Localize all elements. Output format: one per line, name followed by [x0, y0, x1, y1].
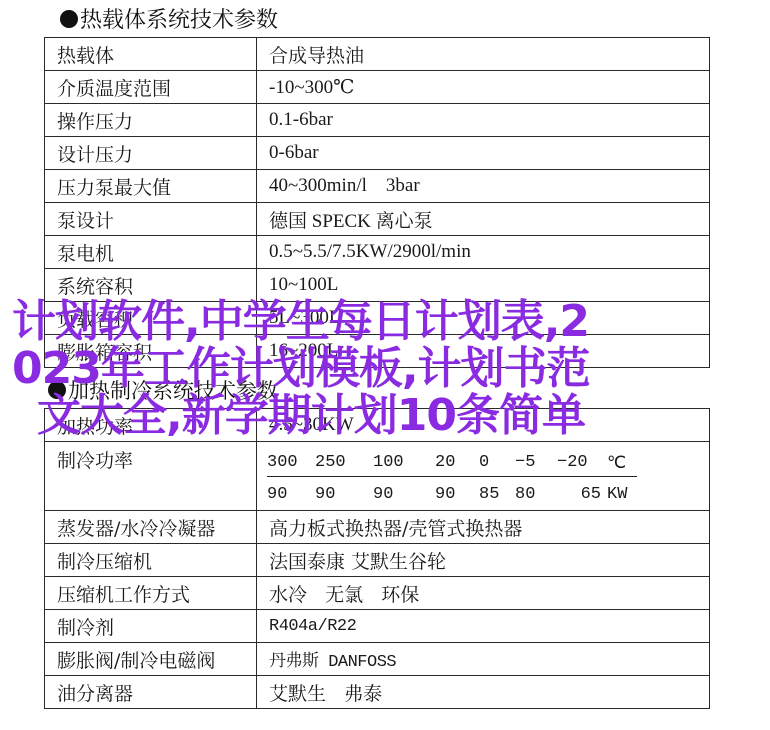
param-value: 40~300min/l 3bar [257, 170, 710, 203]
param-label: 泵电机 [45, 236, 257, 269]
table-row-cooling-power: 制冷功率 300 250 100 20 0 −5 −20 ℃ 90 90 90 … [45, 442, 710, 511]
param-value: 5L~300L [257, 302, 710, 335]
param-label: 制冷功率 [45, 442, 257, 511]
section-title-heat-carrier: 热载体系统技术参数 [60, 8, 278, 34]
power-value: 80 [515, 485, 557, 504]
param-label: 压力泵最大值 [45, 170, 257, 203]
param-label: 蒸发器/水冷冷凝器 [45, 511, 257, 544]
table-row: 系统容积10~100L [45, 269, 710, 302]
table-row: 介质温度范围-10~300℃ [45, 71, 710, 104]
param-value: 4.5~30KW [257, 409, 710, 442]
param-label: 系统容积 [45, 269, 257, 302]
table-row: 制冷剂R404a/R22 [45, 610, 710, 643]
section-title-text: 加热制冷系统技术参数 [68, 379, 278, 403]
section-title-heating-cooling: 加热制冷系统技术参数 [48, 378, 278, 404]
table-row: 设计压力0-6bar [45, 137, 710, 170]
table-row: 蒸发器/水冷冷凝器高力板式换热器/壳管式换热器 [45, 511, 710, 544]
table-row: 膨胀阀/制冷电磁阀丹弗斯 DANFOSS [45, 643, 710, 676]
power-unit: KW [607, 485, 637, 504]
temperature-value: 20 [435, 453, 479, 474]
bullet-icon [60, 10, 78, 28]
table-row: 制冷压缩机法国泰康 艾默生谷轮 [45, 544, 710, 577]
temperature-value: −20 [557, 453, 607, 474]
temperature-value: 300 [267, 453, 315, 474]
temperature-unit: ℃ [607, 453, 637, 474]
param-value: 法国泰康 艾默生谷轮 [257, 544, 710, 577]
table-row: 油分离器艾默生 弗泰 [45, 676, 710, 709]
power-value: 85 [479, 485, 515, 504]
param-label: 介质温度范围 [45, 71, 257, 104]
temperature-value: 250 [315, 453, 373, 474]
heating-cooling-spec-table: 加热功率 4.5~30KW 制冷功率 300 250 100 20 0 −5 −… [44, 408, 710, 709]
param-label: 压缩机工作方式 [45, 577, 257, 610]
heat-carrier-spec-table: 热载体合成导热油 介质温度范围-10~300℃ 操作压力0.1-6bar 设计压… [44, 37, 710, 368]
param-label: 油分离器 [45, 676, 257, 709]
param-label: 制冷剂 [45, 610, 257, 643]
param-value: 水冷 无氯 环保 [257, 577, 710, 610]
param-label: 泵设计 [45, 203, 257, 236]
power-value: 90 [373, 485, 435, 504]
param-label: 膨胀箱容积 [45, 335, 257, 368]
table-row: 负载容积5L~300L [45, 302, 710, 335]
param-value: -10~300℃ [257, 71, 710, 104]
param-value: 高力板式换热器/壳管式换热器 [257, 511, 710, 544]
table-row: 压力泵最大值40~300min/l 3bar [45, 170, 710, 203]
param-value: 0.5~5.5/7.5KW/2900l/min [257, 236, 710, 269]
power-row: 90 90 90 90 85 80 65 KW [267, 485, 709, 504]
power-value: 90 [315, 485, 373, 504]
power-value: 90 [435, 485, 479, 504]
power-value: 65 [557, 485, 607, 504]
param-value: 0-6bar [257, 137, 710, 170]
table-row: 膨胀箱容积16~200L [45, 335, 710, 368]
bullet-icon [48, 381, 66, 399]
param-label: 膨胀阀/制冷电磁阀 [45, 643, 257, 676]
cooling-power-grid: 300 250 100 20 0 −5 −20 ℃ 90 90 90 90 85… [257, 442, 710, 511]
temperature-value: 100 [373, 453, 435, 474]
param-label: 操作压力 [45, 104, 257, 137]
param-label: 负载容积 [45, 302, 257, 335]
table-row: 热载体合成导热油 [45, 38, 710, 71]
param-value: 艾默生 弗泰 [257, 676, 710, 709]
temperature-value: 0 [479, 453, 515, 474]
table-row: 泵电机0.5~5.5/7.5KW/2900l/min [45, 236, 710, 269]
param-value: R404a/R22 [257, 610, 710, 643]
param-value: 德国 SPECK 离心泵 [257, 203, 710, 236]
param-value: 16~200L [257, 335, 710, 368]
table-row: 加热功率 4.5~30KW [45, 409, 710, 442]
temperature-row: 300 250 100 20 0 −5 −20 ℃ [267, 453, 637, 477]
param-value: 合成导热油 [257, 38, 710, 71]
section-title-text: 热载体系统技术参数 [80, 8, 278, 33]
param-label: 设计压力 [45, 137, 257, 170]
param-label: 加热功率 [45, 409, 257, 442]
param-value: 0.1-6bar [257, 104, 710, 137]
param-value: 丹弗斯 DANFOSS [257, 643, 710, 676]
temperature-value: −5 [515, 453, 557, 474]
power-value: 90 [267, 485, 315, 504]
param-label: 热载体 [45, 38, 257, 71]
table-row: 压缩机工作方式水冷 无氯 环保 [45, 577, 710, 610]
param-label: 制冷压缩机 [45, 544, 257, 577]
param-value: 10~100L [257, 269, 710, 302]
table-row: 泵设计德国 SPECK 离心泵 [45, 203, 710, 236]
table-row: 操作压力0.1-6bar [45, 104, 710, 137]
